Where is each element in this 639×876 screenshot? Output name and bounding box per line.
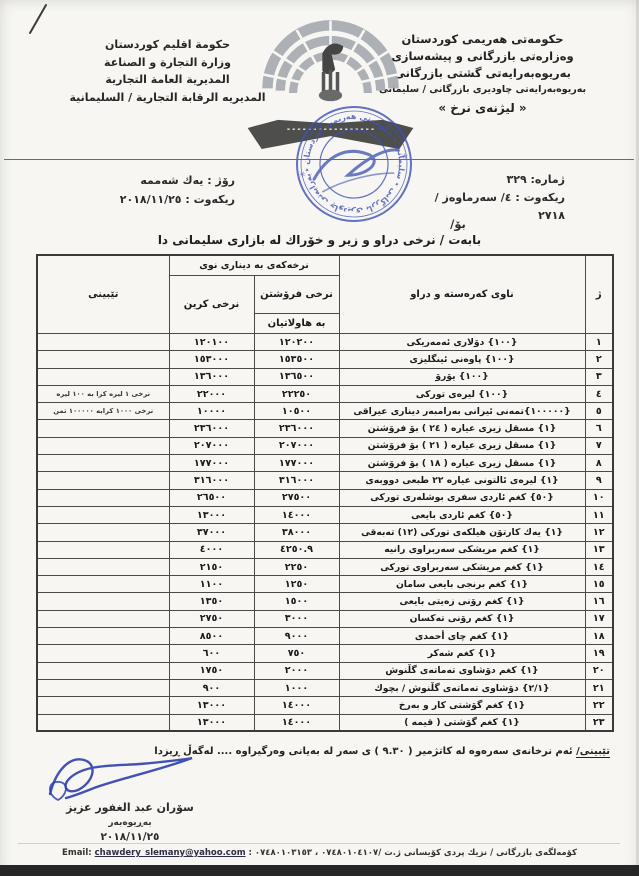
cell-note bbox=[37, 593, 169, 610]
header-no: ژ bbox=[585, 255, 613, 334]
footer-contact-line: كۆمەلگەى بازرگانى / نزيك پردى كۆيسانى ژ.… bbox=[0, 848, 639, 858]
cell-name: {١} كغم رۆنى تەكسان bbox=[339, 610, 585, 627]
cell-buy: ٢١٥٠ bbox=[169, 558, 254, 575]
cell-buy: ٣١٦٠٠٠ bbox=[169, 472, 254, 489]
cell-sell: ١٥٣٥٠٠ bbox=[254, 351, 339, 368]
header-divider-line bbox=[4, 159, 634, 160]
cell-sell: ١٢٠٢٠٠ bbox=[254, 334, 339, 351]
header-item-name: ناوى كەرەستە و دراو bbox=[339, 255, 585, 334]
cell-buy: ٩٠٠ bbox=[169, 679, 254, 696]
cell-buy: ٢٠٧٠٠٠ bbox=[169, 437, 254, 454]
cell-name: {١} كغم دۆشاوى تەماتەى گڵنوش bbox=[339, 662, 585, 679]
cell-note bbox=[37, 472, 169, 489]
cell-name: {١} كغم گۆشتى ( قيمە ) bbox=[339, 714, 585, 731]
cell-no: ١٠ bbox=[585, 489, 613, 506]
cell-no: ٢ bbox=[585, 351, 613, 368]
cell-note bbox=[37, 455, 169, 472]
cell-sell: ١٤٠٠٠ bbox=[254, 506, 339, 523]
svg-text:بەريوەبەرايەتى چاوديرى بازرگان: بەريوەبەرايەتى چاوديرى بازرگانى ٭ سليمان… bbox=[288, 100, 414, 227]
table-row: ١٤{١} كغم مريشكى سەربراوى توركى٢٢٥٠٢١٥٠ bbox=[37, 558, 613, 575]
cell-no: ١٧ bbox=[585, 610, 613, 627]
table-row: ١١{٥٠} كغم ئاردى بايعى١٤٠٠٠١٣٠٠٠ bbox=[37, 506, 613, 523]
cell-name: {١} كغم چاى أحمدى bbox=[339, 628, 585, 645]
footer-separator-line bbox=[18, 843, 620, 844]
cell-no: ٢٢ bbox=[585, 697, 613, 714]
cell-sell: ٢٠٠٠ bbox=[254, 662, 339, 679]
cell-sell: ١٠٥٠٠ bbox=[254, 403, 339, 420]
cell-no: ٢٠ bbox=[585, 662, 613, 679]
cell-sell: ٣٨٠٠٠ bbox=[254, 524, 339, 541]
table-row: ٣{١٠٠} يۆرۆ١٣٦٥٠٠١٣٦٠٠٠ bbox=[37, 368, 613, 385]
stamp-rim-text: بەريوەبەرايەتى چاوديرى بازرگانى ٭ سليمان… bbox=[288, 100, 414, 227]
cell-note bbox=[37, 420, 169, 437]
cell-buy: ١٢٠١٠٠ bbox=[169, 334, 254, 351]
cell-sell: ٢٢٢٥٠ bbox=[254, 385, 339, 402]
header-sell-price: نرخى فرۆشتن bbox=[254, 276, 339, 314]
cell-sell: ١٢٥٠ bbox=[254, 576, 339, 593]
cell-sell: ٧٥٠ bbox=[254, 645, 339, 662]
cell-no: ١٩ bbox=[585, 645, 613, 662]
cell-name: {١} كغم گۆشتى كار و بەرخ bbox=[339, 697, 585, 714]
handwritten-signature bbox=[40, 748, 200, 806]
note-label: تێبينى/ bbox=[576, 746, 610, 758]
cell-buy: ٦٠٠ bbox=[169, 645, 254, 662]
cell-buy: ١٣٠٠٠ bbox=[169, 714, 254, 731]
cell-buy: ١٣٦٠٠٠ bbox=[169, 368, 254, 385]
cell-buy: ١٧٧٠٠٠ bbox=[169, 455, 254, 472]
table-row: ٢١{٢/١} دۆشاوى تەماتەى گڵنوش / بچوك١٠٠٠٩… bbox=[37, 679, 613, 696]
cell-no: ٦ bbox=[585, 420, 613, 437]
cell-name: {١} مسقل زيرى عيارە ( ٢١ ) بۆ فرۆشتن bbox=[339, 437, 585, 454]
cell-buy: ١٠٠٠٠ bbox=[169, 403, 254, 420]
cell-note bbox=[37, 714, 169, 731]
cell-sell: ١٤٠٠٠ bbox=[254, 714, 339, 731]
cell-no: ١ bbox=[585, 334, 613, 351]
price-table: ژ ناوى كەرەستە و دراو نرخەكەى بە دينارى … bbox=[36, 254, 614, 732]
cell-buy: ٢٧٥٠ bbox=[169, 610, 254, 627]
cell-name: {١} كغم برنجى بايعى سامان bbox=[339, 576, 585, 593]
cell-no: ٧ bbox=[585, 437, 613, 454]
cell-note bbox=[37, 662, 169, 679]
cell-note bbox=[37, 576, 169, 593]
cell-buy: ٨٥٠٠ bbox=[169, 628, 254, 645]
signatory-name: سۆران عبد الغفور عزيز bbox=[50, 799, 210, 817]
date-line-gregorian: ريكەوت : ٢٠١٨/١١/٢٥ bbox=[80, 190, 235, 209]
note-text: ئەم نرخانەى سەرەوە لە كاتژمير ( ٩.٣٠ ) ى… bbox=[154, 746, 576, 757]
table-row: ٢٢{١} كغم گۆشتى كار و بەرخ١٤٠٠٠١٣٠٠٠ bbox=[37, 697, 613, 714]
cell-note bbox=[37, 628, 169, 645]
table-row: ٢٣{١} كغم گۆشتى ( قيمە )١٤٠٠٠١٣٠٠٠ bbox=[37, 714, 613, 731]
table-row: ١٢{١} يەك كارتۆن هيلكەى توركى (١٢) تەبەق… bbox=[37, 524, 613, 541]
cell-no: ٨ bbox=[585, 455, 613, 472]
cell-buy: ٤٠٠٠ bbox=[169, 541, 254, 558]
footer-address-phones: كۆمەلگەى بازرگانى / نزيك پردى كۆيسانى ژ.… bbox=[249, 848, 577, 858]
header-notes: تێبينى bbox=[37, 255, 169, 334]
cell-name: {١٠٠} يۆرۆ bbox=[339, 368, 585, 385]
cell-note bbox=[37, 679, 169, 696]
cell-no: ٣ bbox=[585, 368, 613, 385]
cell-name: {١} مسقل زيرى عيارە ( ١٨ ) بۆ فرۆشتن bbox=[339, 455, 585, 472]
cell-note: نرخى ١ ليرە كرا بە ١٠٠ ليرە bbox=[37, 385, 169, 402]
email-label: Email: bbox=[62, 848, 92, 858]
to-label: بۆ/ bbox=[428, 217, 488, 231]
cell-note bbox=[37, 697, 169, 714]
cell-note bbox=[37, 610, 169, 627]
cell-name: {٥٠} كغم ئاردى سفرى بوشلەرى توركى bbox=[339, 489, 585, 506]
subject-line: بابەت / نرخى دراو و زير و خۆراك لە بازار… bbox=[0, 233, 639, 247]
cell-name: {١٠٠} دۆلارى ئەمەريكى bbox=[339, 334, 585, 351]
table-row: ١٧{١} كغم رۆنى تەكسان٣٠٠٠٢٧٥٠ bbox=[37, 610, 613, 627]
cell-buy: ١١٠٠ bbox=[169, 576, 254, 593]
cell-name: {١} كغم مريشكى سەربراوى رانيە bbox=[339, 541, 585, 558]
header-sell-to-citizens: بە هاولاتيان bbox=[254, 314, 339, 334]
cell-no: ٩ bbox=[585, 472, 613, 489]
header-buy-price: نرخى كرين bbox=[169, 276, 254, 334]
svg-text:✳: ✳ bbox=[401, 151, 409, 161]
price-table-header: ژ ناوى كەرەستە و دراو نرخەكەى بە دينارى … bbox=[37, 255, 613, 334]
table-row: ٨{١} مسقل زيرى عيارە ( ١٨ ) بۆ فرۆشتن١٧٧… bbox=[37, 455, 613, 472]
cell-buy: ١٥٣٠٠٠ bbox=[169, 351, 254, 368]
cell-no: ١٥ bbox=[585, 576, 613, 593]
table-row: ٢{١٠٠} پاوەنى ئينگليزى١٥٣٥٠٠١٥٣٠٠٠ bbox=[37, 351, 613, 368]
signatory-title: بەڕيوەبەر bbox=[50, 817, 210, 830]
table-row: ٦{١} مسقل زيرى عيارە ( ٢٤ ) بۆ فرۆشتن٢٣٦… bbox=[37, 420, 613, 437]
table-row: ٥{١٠٠٠٠٠}تمەنى ئيرانى بەرامبەر دينارى عي… bbox=[37, 403, 613, 420]
table-row: ٢٠{١} كغم دۆشاوى تەماتەى گڵنوش٢٠٠٠١٧٥٠ bbox=[37, 662, 613, 679]
cell-no: ٤ bbox=[585, 385, 613, 402]
document-number: ژمارە: ٣٢٩ bbox=[413, 171, 565, 189]
table-row: ١٣{١} كغم مريشكى سەربراوى رانيە٤٢٥٠.٩٤٠٠… bbox=[37, 541, 613, 558]
cell-sell: ٢٠٧٠٠٠ bbox=[254, 437, 339, 454]
cell-note bbox=[37, 489, 169, 506]
cell-name: {١٠٠} پاوەنى ئينگليزى bbox=[339, 351, 585, 368]
table-row: ١٨{١} كغم چاى أحمدى٩٠٠٠٨٥٠٠ bbox=[37, 628, 613, 645]
cell-no: ١٢ bbox=[585, 524, 613, 541]
cell-note bbox=[37, 541, 169, 558]
email-address: chawdery_slemany@yahoo.com bbox=[95, 848, 246, 858]
table-row: ٩{١} ليرەى ئالتونى عيارە ٢٢ طبعى دووبەى٣… bbox=[37, 472, 613, 489]
cell-sell: ١٠٠٠ bbox=[254, 679, 339, 696]
cell-note bbox=[37, 506, 169, 523]
table-row: ٤{١٠٠} ليرەى توركى٢٢٢٥٠٢٢٠٠٠نرخى ١ ليرە … bbox=[37, 385, 613, 402]
signatory-block: سۆران عبد الغفور عزيز بەڕيوەبەر ٢٠١٨/١١/… bbox=[50, 799, 210, 845]
cell-buy: ٣٧٠٠٠ bbox=[169, 524, 254, 541]
cell-note bbox=[37, 645, 169, 662]
handwritten-slash-mark bbox=[26, 2, 50, 36]
cell-no: ١٣ bbox=[585, 541, 613, 558]
cell-note bbox=[37, 334, 169, 351]
price-table-body: ١{١٠٠} دۆلارى ئەمەريكى١٢٠٢٠٠١٢٠١٠٠٢{١٠٠}… bbox=[37, 334, 613, 732]
table-row: ١٩{١} كغم شەكر٧٥٠٦٠٠ bbox=[37, 645, 613, 662]
cell-buy: ١٣٥٠ bbox=[169, 593, 254, 610]
cell-note bbox=[37, 368, 169, 385]
table-row: ٧{١} مسقل زيرى عيارە ( ٢١ ) بۆ فرۆشتن٢٠٧… bbox=[37, 437, 613, 454]
cell-no: ٢٣ bbox=[585, 714, 613, 731]
cell-name: {١} كغم رۆنى زەيتى بايعى bbox=[339, 593, 585, 610]
cell-name: {١} يەك كارتۆن هيلكەى توركى (١٢) تەبەقى bbox=[339, 524, 585, 541]
cell-note bbox=[37, 437, 169, 454]
cell-name: {١٠٠٠٠٠}تمەنى ئيرانى بەرامبەر دينارى عير… bbox=[339, 403, 585, 420]
cell-name: {١} كغم مريشكى سەربراوى توركى bbox=[339, 558, 585, 575]
cell-name: {١} مسقل زيرى عيارە ( ٢٤ ) بۆ فرۆشتن bbox=[339, 420, 585, 437]
cell-sell: ٣٠٠٠ bbox=[254, 610, 339, 627]
cell-sell: ١٤٠٠٠ bbox=[254, 697, 339, 714]
cell-note bbox=[37, 351, 169, 368]
cell-name: {١٠٠} ليرەى توركى bbox=[339, 385, 585, 402]
cell-sell: ٢٣٦٠٠٠ bbox=[254, 420, 339, 437]
official-stamp: بەريوەبەرايەتى چاوديرى بازرگانى ٭ سليمان… bbox=[288, 100, 420, 228]
cell-sell: ٢٧٥٠٠ bbox=[254, 489, 339, 506]
cell-no: ١٤ bbox=[585, 558, 613, 575]
cell-sell: ١٥٠٠ bbox=[254, 593, 339, 610]
table-row: ١٥{١} كغم برنجى بايعى سامان١٢٥٠١١٠٠ bbox=[37, 576, 613, 593]
cell-note bbox=[37, 524, 169, 541]
cell-buy: ٢٢٠٠٠ bbox=[169, 385, 254, 402]
cell-no: ٢١ bbox=[585, 679, 613, 696]
cell-no: ٥ bbox=[585, 403, 613, 420]
cell-no: ١١ bbox=[585, 506, 613, 523]
cell-note: نرخى ١٠٠٠ كرابە ١٠٠٠٠٠ تمن bbox=[37, 403, 169, 420]
cell-buy: ١٧٥٠ bbox=[169, 662, 254, 679]
cell-sell: ١٣٦٥٠٠ bbox=[254, 368, 339, 385]
table-row: ١٦{١} كغم رۆنى زەيتى بايعى١٥٠٠١٣٥٠ bbox=[37, 593, 613, 610]
cell-no: ١٦ bbox=[585, 593, 613, 610]
meta-left-block: رۆژ : يەك شەممە ريكەوت : ٢٠١٨/١١/٢٥ bbox=[80, 171, 235, 209]
cell-buy: ٢٣٦٠٠٠ bbox=[169, 420, 254, 437]
cell-buy: ١٣٠٠٠ bbox=[169, 506, 254, 523]
cell-note bbox=[37, 558, 169, 575]
cell-sell: ٣١٦٠٠٠ bbox=[254, 472, 339, 489]
cell-buy: ١٣٠٠٠ bbox=[169, 697, 254, 714]
cell-no: ١٨ bbox=[585, 628, 613, 645]
scanned-price-list-document: حكومة اقليم كوردستان وزارة التجارة و الص… bbox=[0, 0, 639, 876]
cell-sell: ٢٢٥٠ bbox=[254, 558, 339, 575]
cell-name: {١} ليرەى ئالتونى عيارە ٢٢ طبعى دووبەى bbox=[339, 472, 585, 489]
cell-buy: ٢٦٥٠٠ bbox=[169, 489, 254, 506]
cell-name: {١} كغم شەكر bbox=[339, 645, 585, 662]
day-line: رۆژ : يەك شەممە bbox=[80, 171, 235, 190]
scan-edge-bar bbox=[0, 865, 639, 876]
cell-name: {٢/١} دۆشاوى تەماتەى گڵنوش / بچوك bbox=[339, 679, 585, 696]
header-price-group: نرخەكەى بە دينارى نوى bbox=[169, 255, 339, 276]
cell-sell: ٩٠٠٠ bbox=[254, 628, 339, 645]
table-row: ١{١٠٠} دۆلارى ئەمەريكى١٢٠٢٠٠١٢٠١٠٠ bbox=[37, 334, 613, 351]
cell-sell: ١٧٧٠٠٠ bbox=[254, 455, 339, 472]
cell-name: {٥٠} كغم ئاردى بايعى bbox=[339, 506, 585, 523]
cell-sell: ٤٢٥٠.٩ bbox=[254, 541, 339, 558]
table-row: ١٠{٥٠} كغم ئاردى سفرى بوشلەرى توركى٢٧٥٠٠… bbox=[37, 489, 613, 506]
